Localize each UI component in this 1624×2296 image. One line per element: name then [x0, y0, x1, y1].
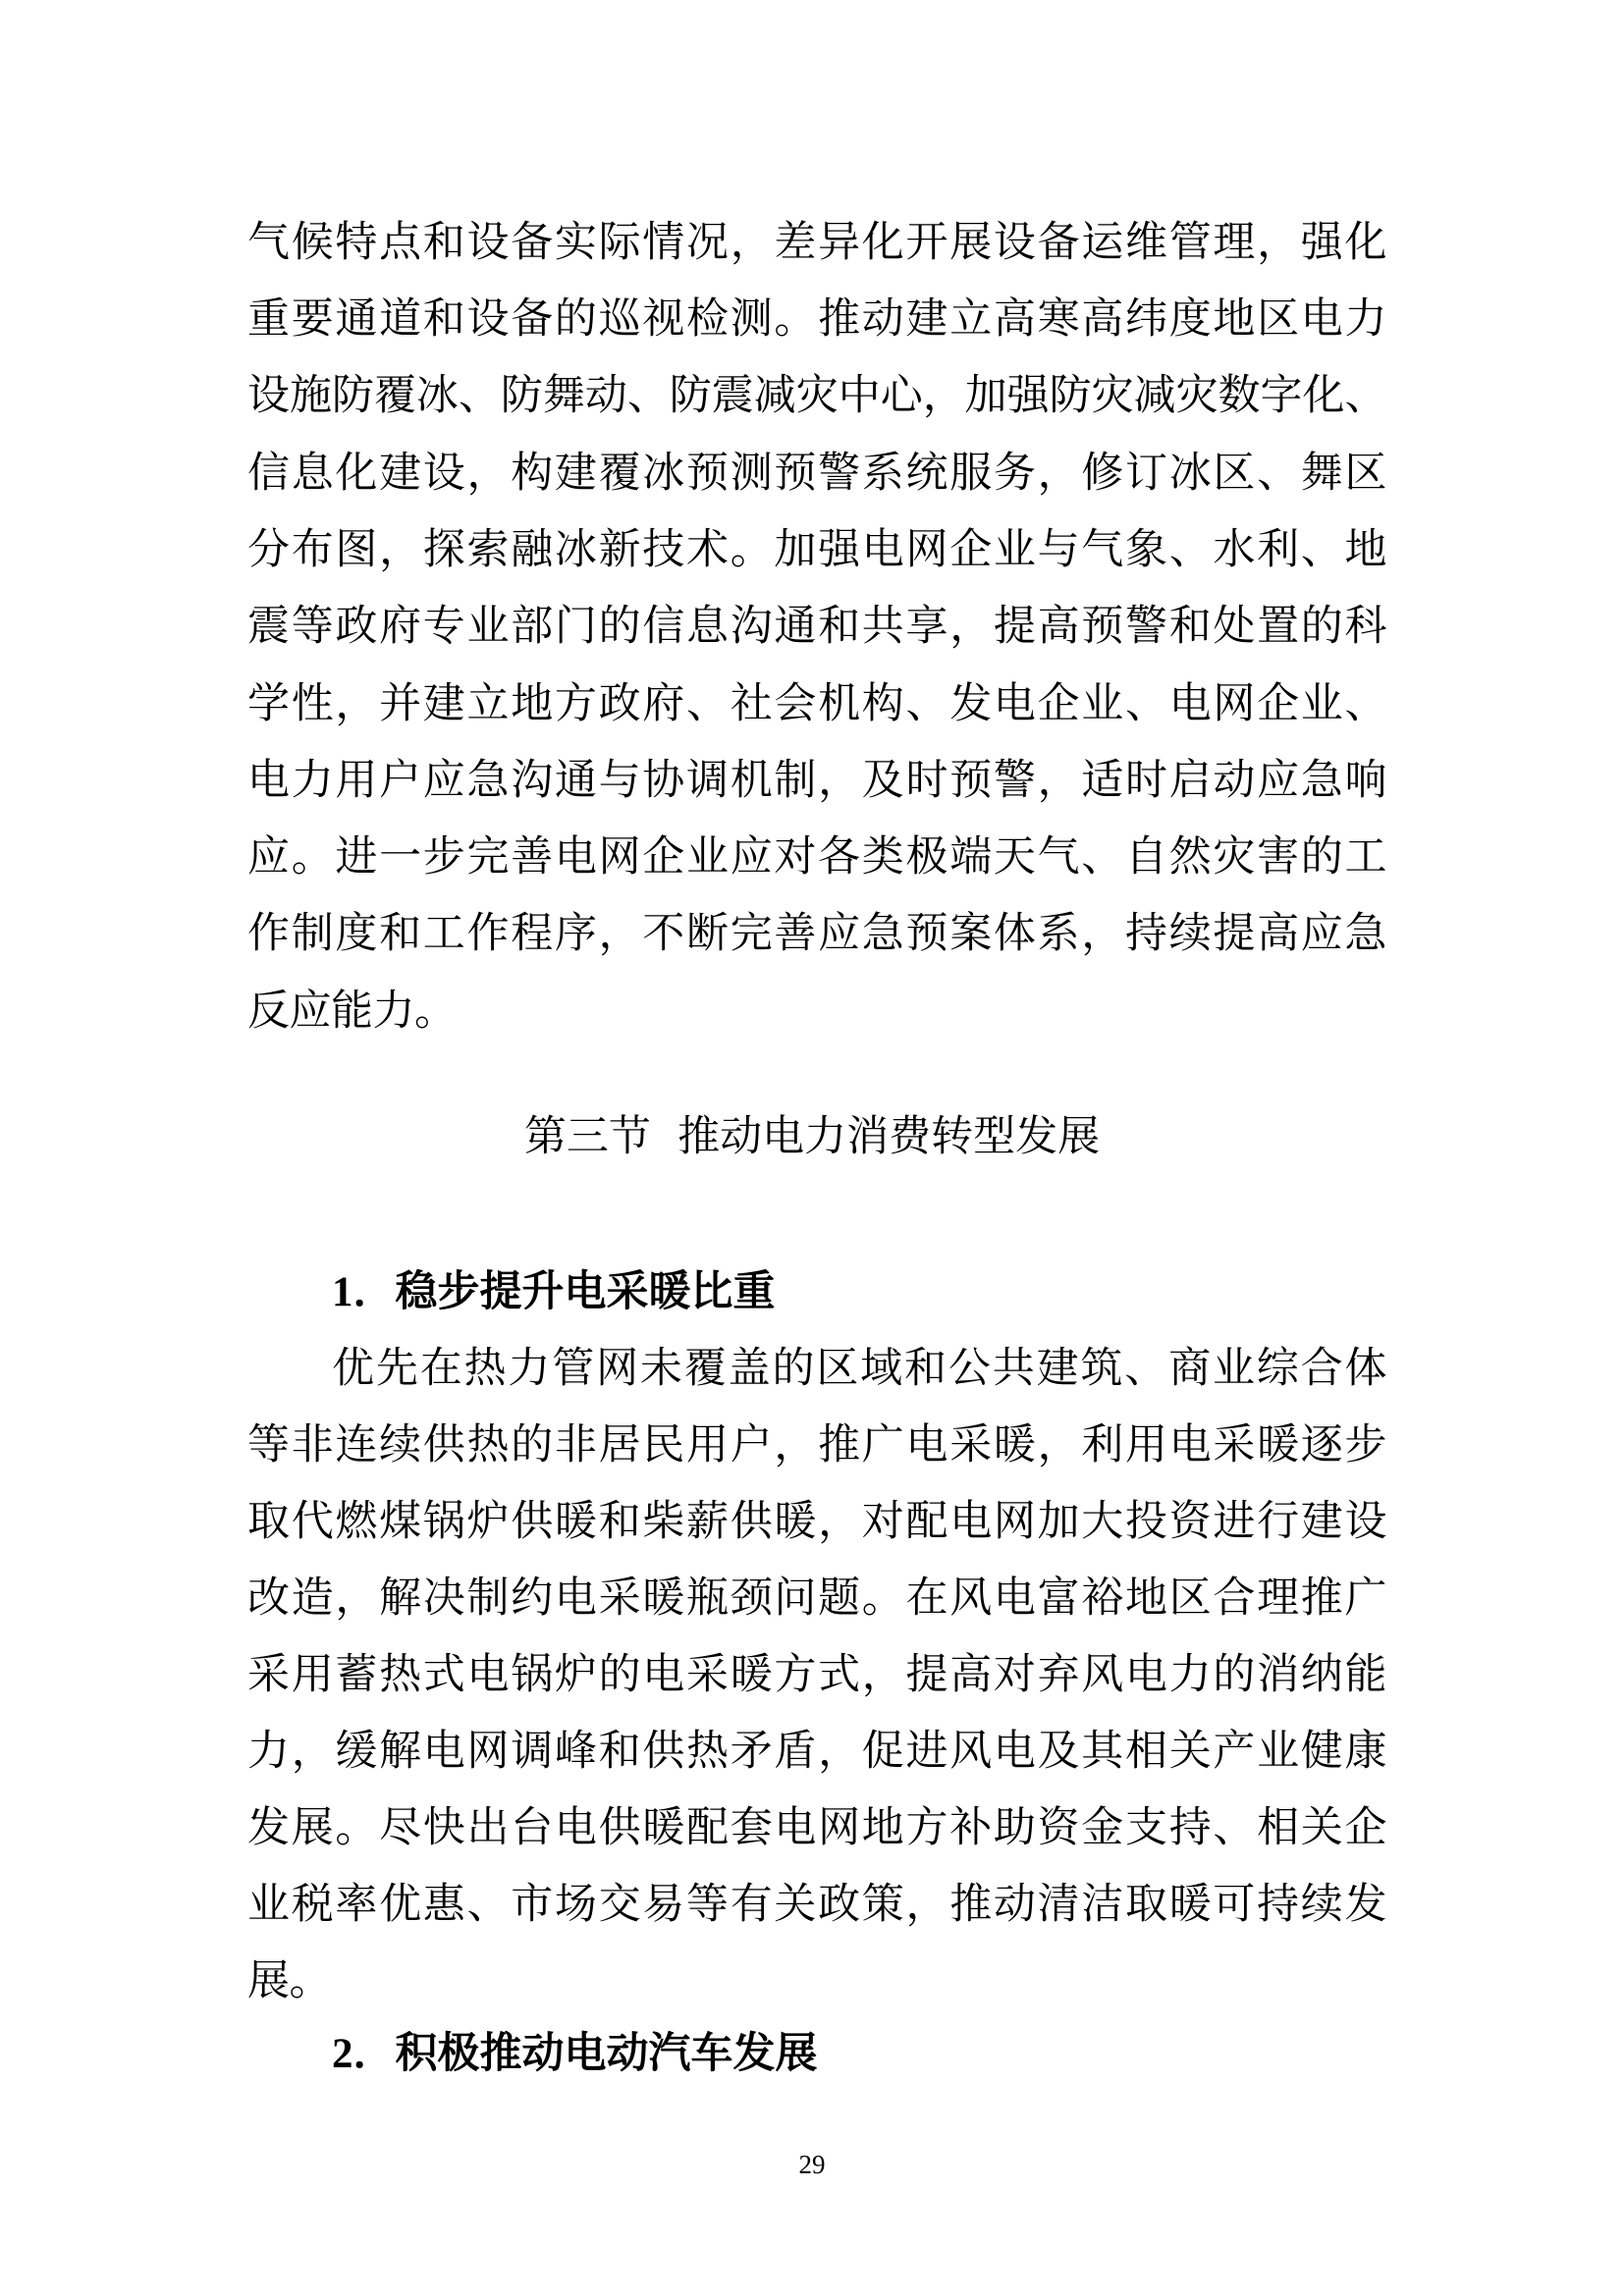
text-line: 业税率优惠、市场交易等有关政策，推动清洁取暖可持续发 — [247, 1875, 1386, 1934]
text-line: 力，缓解电网调峰和供热矛盾，促进风电及其相关产业健康 — [247, 1722, 1386, 1781]
text-line: 作制度和工作程序，不断完善应急预案体系，持续提高应急 — [247, 904, 1386, 963]
text-line: 采用蓄热式电锅炉的电采暖方式，提高对弃风电力的消纳能 — [247, 1645, 1386, 1704]
text-line: 分布图，探索融冰新技术。加强电网企业与气象、水利、地 — [247, 520, 1386, 579]
item-number: 2． — [332, 2031, 396, 2077]
item-heading-text: 积极推动电动汽车发展 — [396, 2029, 818, 2078]
item-heading: 2．积极推动电动汽车发展 — [332, 2024, 818, 2084]
text-line: 发展。尽快出台电供暖配套电网地方补助资金支持、相关企 — [247, 1798, 1386, 1857]
item-heading: 1．稳步提升电采暖比重 — [332, 1262, 776, 1322]
document-page: 气候特点和设备实际情况，差异化开展设备运维管理，强化 重要通道和设备的巡视检测。… — [0, 0, 1624, 2296]
text-line: 震等政府专业部门的信息沟通和共享，提高预警和处置的科 — [247, 597, 1386, 656]
page-number: 29 — [0, 2148, 1624, 2181]
section-title: 第三节 推动电力消费转型发展 — [0, 1107, 1624, 1166]
text-line: 信息化建设，构建覆冰预测预警系统服务，修订冰区、舞区 — [247, 444, 1386, 503]
text-line: 等非连续供热的非居民用户，推广电采暖，利用电采暖逐步 — [247, 1415, 1386, 1474]
text-line: 设施防覆冰、防舞动、防震减灾中心，加强防灾减灾数字化、 — [247, 366, 1386, 425]
text-line: 展。 — [247, 1951, 1386, 2010]
item-number: 1． — [332, 1269, 396, 1315]
text-line: 取代燃煤锅炉供暖和柴薪供暖，对配电网加大投资进行建设 — [247, 1492, 1386, 1551]
text-line: 气候特点和设备实际情况，差异化开展设备运维管理，强化 — [247, 213, 1386, 272]
text-line: 反应能力。 — [247, 982, 1386, 1041]
text-line: 学性，并建立地方政府、社会机构、发电企业、电网企业、 — [247, 674, 1386, 733]
text-line: 应。进一步完善电网企业应对各类极端天气、自然灾害的工 — [247, 828, 1386, 886]
item-heading-text: 稳步提升电采暖比重 — [396, 1267, 776, 1316]
text-line: 优先在热力管网未覆盖的区域和公共建筑、商业综合体 — [332, 1339, 1386, 1398]
text-line: 电力用户应急沟通与协调机制，及时预警，适时启动应急响 — [247, 751, 1386, 810]
text-line: 重要通道和设备的巡视检测。推动建立高寒高纬度地区电力 — [247, 290, 1386, 348]
text-line: 改造，解决制约电采暖瓶颈问题。在风电富裕地区合理推广 — [247, 1569, 1386, 1628]
